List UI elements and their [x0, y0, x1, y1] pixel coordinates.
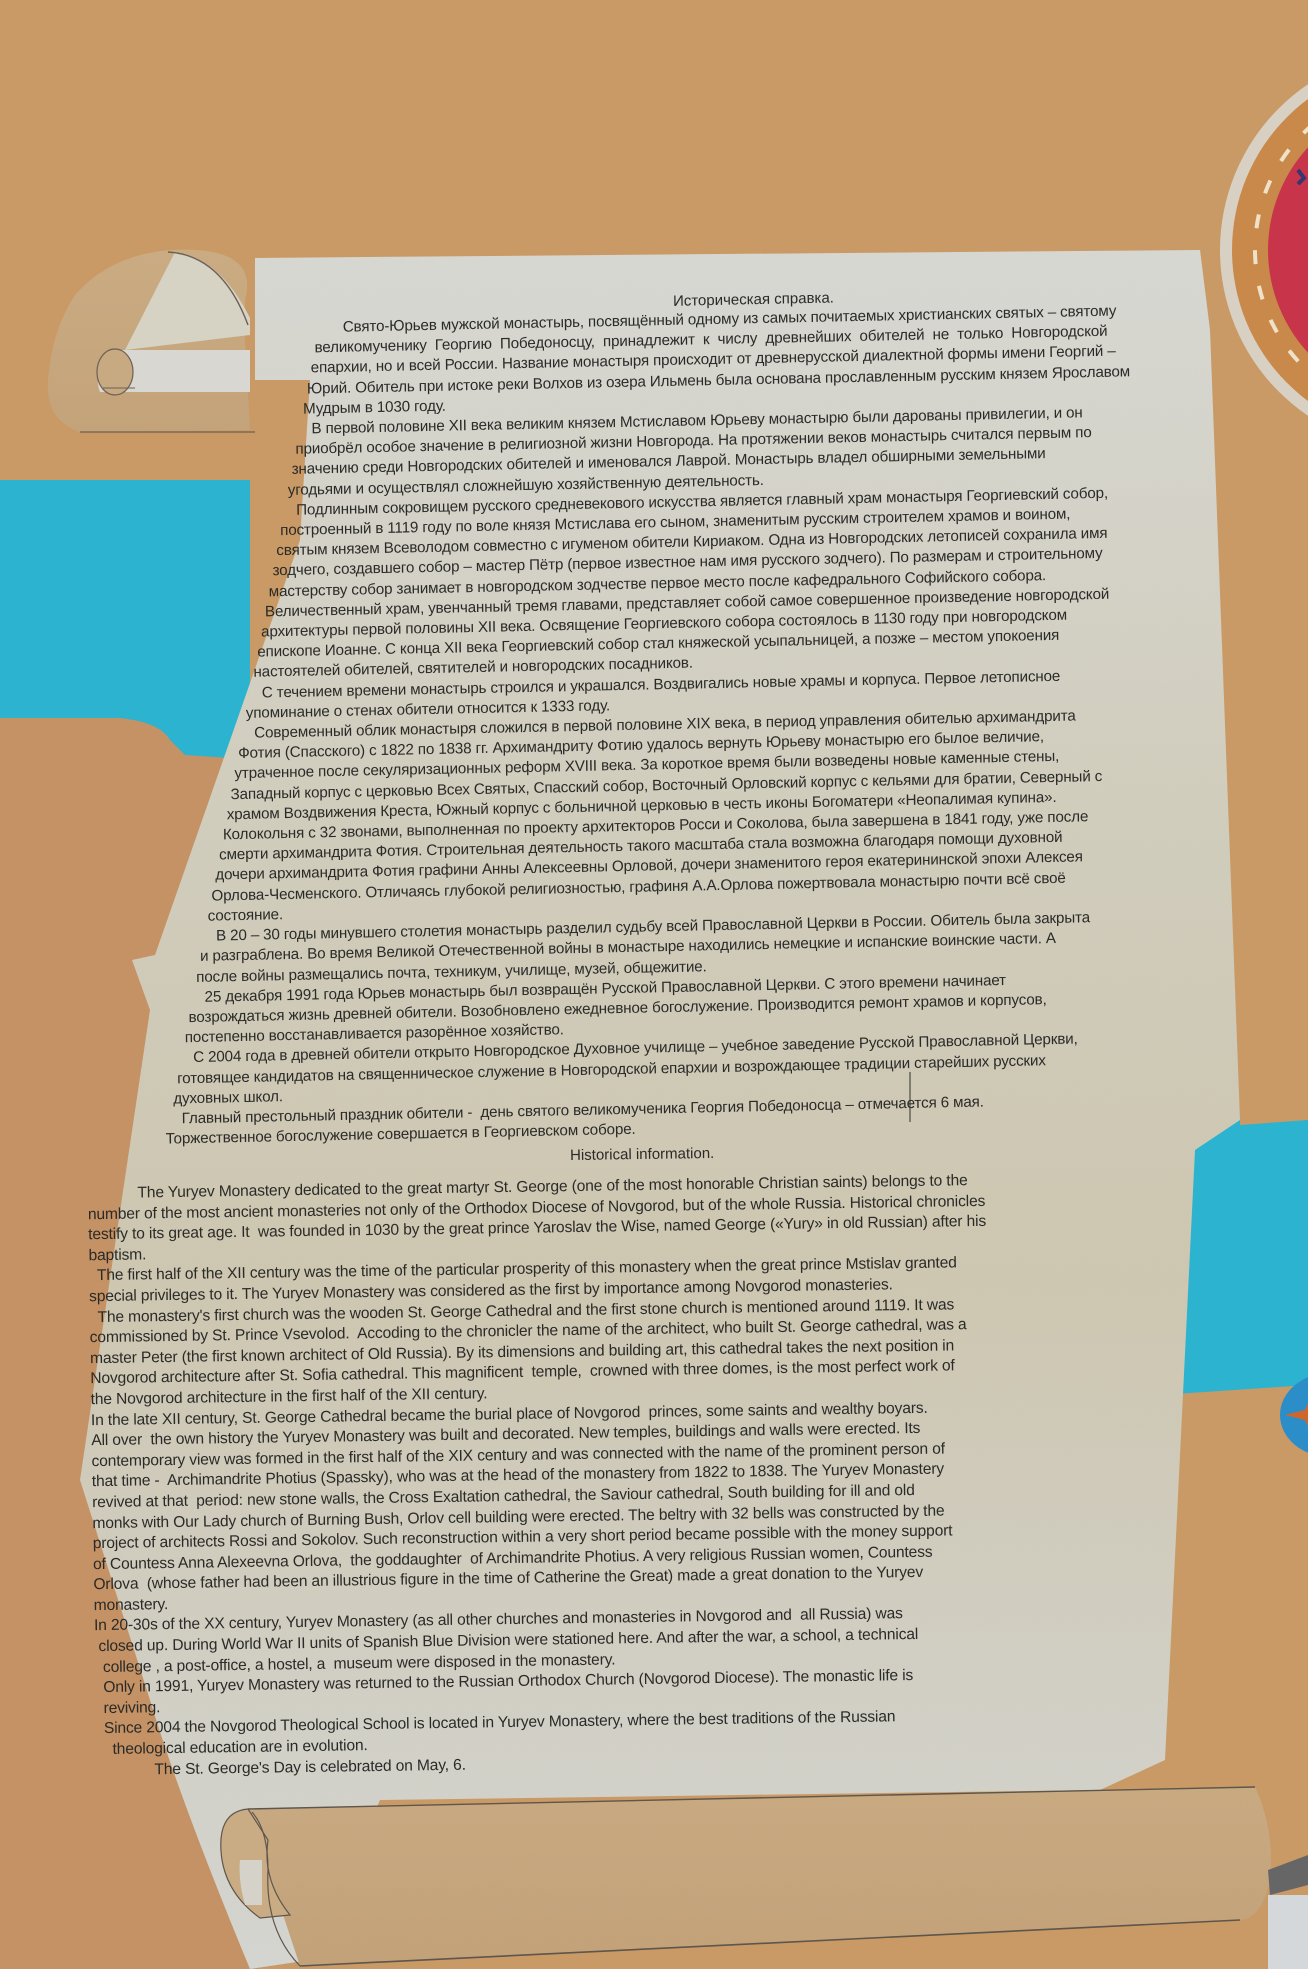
english-section-body: The Yuryev Monastery dedicated to the gr… [87, 1171, 994, 1781]
english-section-title: Historical information. [570, 1145, 714, 1164]
russian-section-body: Свято-Юрьев мужской монастырь, посвящённ… [318, 301, 1140, 1146]
russian-section-title: Историческая справка. [673, 289, 834, 309]
